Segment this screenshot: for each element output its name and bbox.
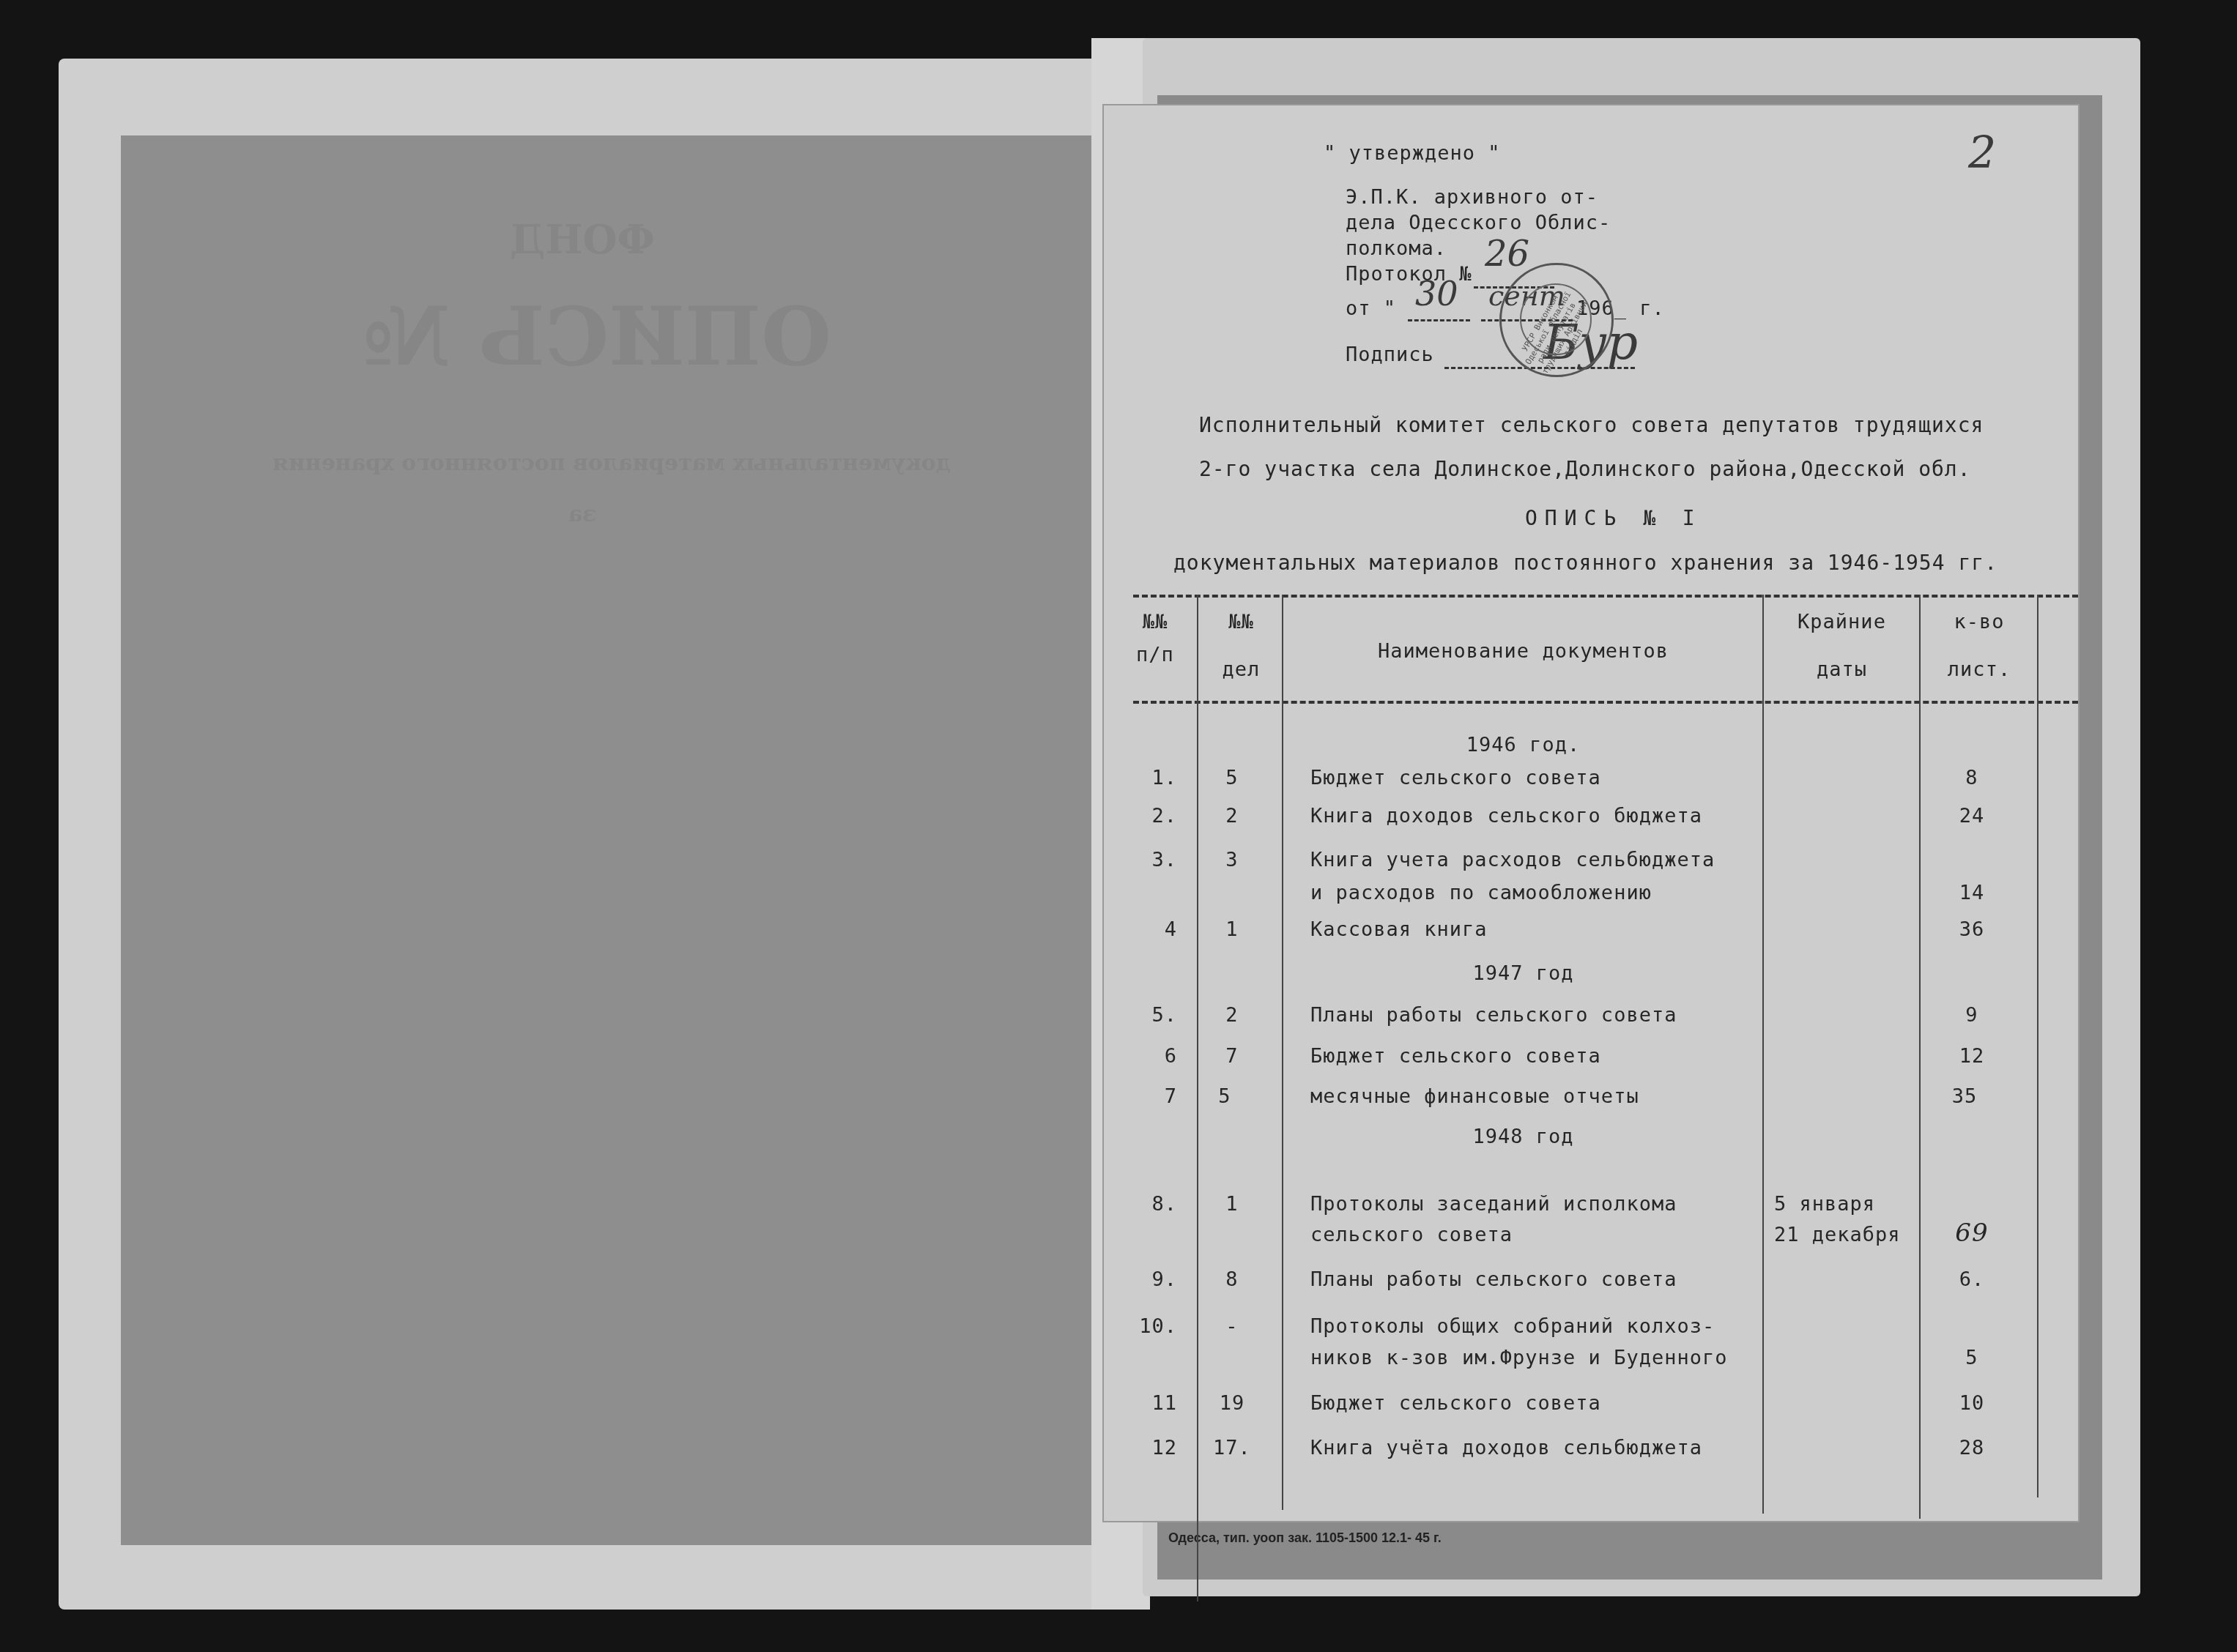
header-delo-line-2: дел — [1203, 658, 1280, 681]
row-pp: 4 — [1118, 918, 1177, 941]
row-name: Книга учёта доходов сельбюджета — [1310, 1437, 1702, 1459]
row-name: Протоколы общих собраний колхоз- — [1310, 1315, 1715, 1338]
row-delo: - — [1203, 1315, 1261, 1338]
row-delo: 1 — [1203, 1193, 1261, 1216]
row-delo: 5 — [1203, 1085, 1247, 1108]
heading-line-1: Исполнительный комитет сельского совета … — [1199, 413, 1984, 437]
row-sheets: 28 — [1924, 1437, 2019, 1459]
row-delo: 17. — [1203, 1437, 1261, 1459]
approval-line-2: дела Одесского Облис- — [1346, 212, 1611, 234]
page-number: 2 — [1968, 127, 1996, 179]
row-sheets: 36 — [1924, 918, 2019, 941]
date-prefix: от " — [1346, 297, 1396, 320]
row-pp: 7 — [1118, 1085, 1177, 1108]
row-sheets: 14 — [1924, 882, 2019, 904]
approval-title: " утверждено " — [1324, 142, 1501, 165]
official-stamp: УРСР Виконком Одеської обласної ради деп… — [1499, 263, 1614, 377]
row-date-end: 21 декабря — [1774, 1224, 1901, 1246]
row-pp: 5. — [1118, 1004, 1177, 1027]
row-pp: 2. — [1118, 805, 1177, 827]
date-day-underline — [1408, 319, 1470, 321]
heading-line-2: 2-го участка села Долинское,Долинского р… — [1199, 457, 1971, 481]
row-name: Бюджет сельского совета — [1310, 767, 1601, 789]
document-subtitle: документальных материалов постоянного хр… — [1173, 551, 1997, 575]
header-sheets-line-2: лист. — [1924, 658, 2034, 681]
row-name: Книга учета расходов сельбюджета — [1310, 849, 1715, 871]
header-pp-line-1: №№ — [1118, 611, 1192, 633]
row-pp: 8. — [1118, 1193, 1177, 1216]
row-name: Планы работы сельского совета — [1310, 1268, 1677, 1291]
row-name-continued: и расходов по самообложению — [1310, 882, 1652, 904]
row-delo: 8 — [1203, 1268, 1261, 1291]
row-name-continued: сельского совета — [1310, 1224, 1513, 1246]
row-pp: 12 — [1118, 1437, 1177, 1459]
row-delo: 2 — [1203, 805, 1261, 827]
year-heading-1948: 1948 год — [1287, 1125, 1759, 1148]
header-dates-line-1: Крайние — [1767, 611, 1917, 633]
approval-line-1: Э.П.К. архивного от- — [1346, 186, 1598, 209]
header-pp-line-2: п/п — [1118, 644, 1192, 666]
year-heading-1946: 1946 год. — [1287, 734, 1759, 756]
row-sheets: 10 — [1924, 1392, 2019, 1415]
header-document-name: Наименование документов — [1287, 640, 1759, 663]
printer-imprint: Одесса, тип. уооп зак. 1105-1500 12.1- 4… — [1168, 1530, 1442, 1546]
ghost-za-text: за — [399, 502, 765, 527]
row-delo: 1 — [1203, 918, 1261, 941]
row-pp: 1. — [1118, 767, 1177, 789]
row-delo: 19 — [1203, 1392, 1261, 1415]
row-name: Книга доходов сельского бюджета — [1310, 805, 1702, 827]
column-divider-3 — [1762, 595, 1764, 1514]
document-title: ОПИСЬ № I — [1525, 506, 1702, 530]
document-page: 2 " утверждено " Э.П.К. архивного от- де… — [1102, 104, 2080, 1522]
column-divider-5 — [2037, 595, 2038, 1497]
ghost-fond-text: ФОНД — [399, 216, 765, 263]
row-sheets: 8 — [1924, 767, 2019, 789]
row-name: Планы работы сельского совета — [1310, 1004, 1677, 1027]
row-date-start: 5 января — [1774, 1193, 1875, 1216]
row-name: Кассовая книга — [1310, 918, 1488, 941]
row-sheets: 35 — [1917, 1085, 2012, 1108]
column-divider-2 — [1282, 595, 1283, 1510]
approval-line-3: полкома. — [1346, 237, 1447, 260]
signature-label: Подпись — [1346, 343, 1434, 366]
row-pp: 6 — [1118, 1045, 1177, 1068]
row-name: Бюджет сельского совета — [1310, 1392, 1601, 1415]
row-name: Бюджет сельского совета — [1310, 1045, 1601, 1068]
row-sheets: 9 — [1924, 1004, 2019, 1027]
date-day: 30 — [1415, 274, 1458, 313]
table-top-rule — [1133, 595, 2078, 598]
row-sheets: 24 — [1924, 805, 2019, 827]
row-sheets: 5 — [1924, 1347, 2019, 1369]
year-heading-1947: 1947 год — [1287, 962, 1759, 985]
row-name: Протоколы заседаний исполкома — [1310, 1193, 1677, 1216]
row-pp: 11 — [1118, 1392, 1177, 1415]
row-sheets: 6. — [1924, 1268, 2019, 1291]
ghost-opis-text: ОПИСЬ № — [311, 289, 883, 384]
row-pp: 3. — [1118, 849, 1177, 871]
row-delo: 7 — [1203, 1045, 1261, 1068]
row-delo: 3 — [1203, 849, 1261, 871]
row-sheets: 12 — [1924, 1045, 2019, 1068]
row-name-continued: ников к-зов им.Фрунзе и Буденного — [1310, 1347, 1727, 1369]
header-dates-line-2: даты — [1767, 658, 1917, 681]
row-delo: 2 — [1203, 1004, 1261, 1027]
row-sheets: 69 — [1924, 1218, 2019, 1248]
header-sheets-line-1: к-во — [1924, 611, 2034, 633]
row-pp: 10. — [1118, 1315, 1177, 1338]
row-name: месячные финансовые отчеты — [1310, 1085, 1639, 1108]
row-pp: 9. — [1118, 1268, 1177, 1291]
left-cover: ФОНД ОПИСЬ № документальных материалов п… — [121, 135, 1106, 1545]
header-delo-line-1: №№ — [1203, 611, 1280, 633]
protocol-number: 26 — [1485, 234, 1529, 275]
column-divider-1 — [1197, 595, 1198, 1601]
table-header-rule — [1133, 701, 2078, 704]
row-delo: 5 — [1203, 767, 1261, 789]
column-divider-4 — [1919, 595, 1921, 1519]
ghost-materials-text: документальных материалов постоянного хр… — [150, 450, 1073, 476]
